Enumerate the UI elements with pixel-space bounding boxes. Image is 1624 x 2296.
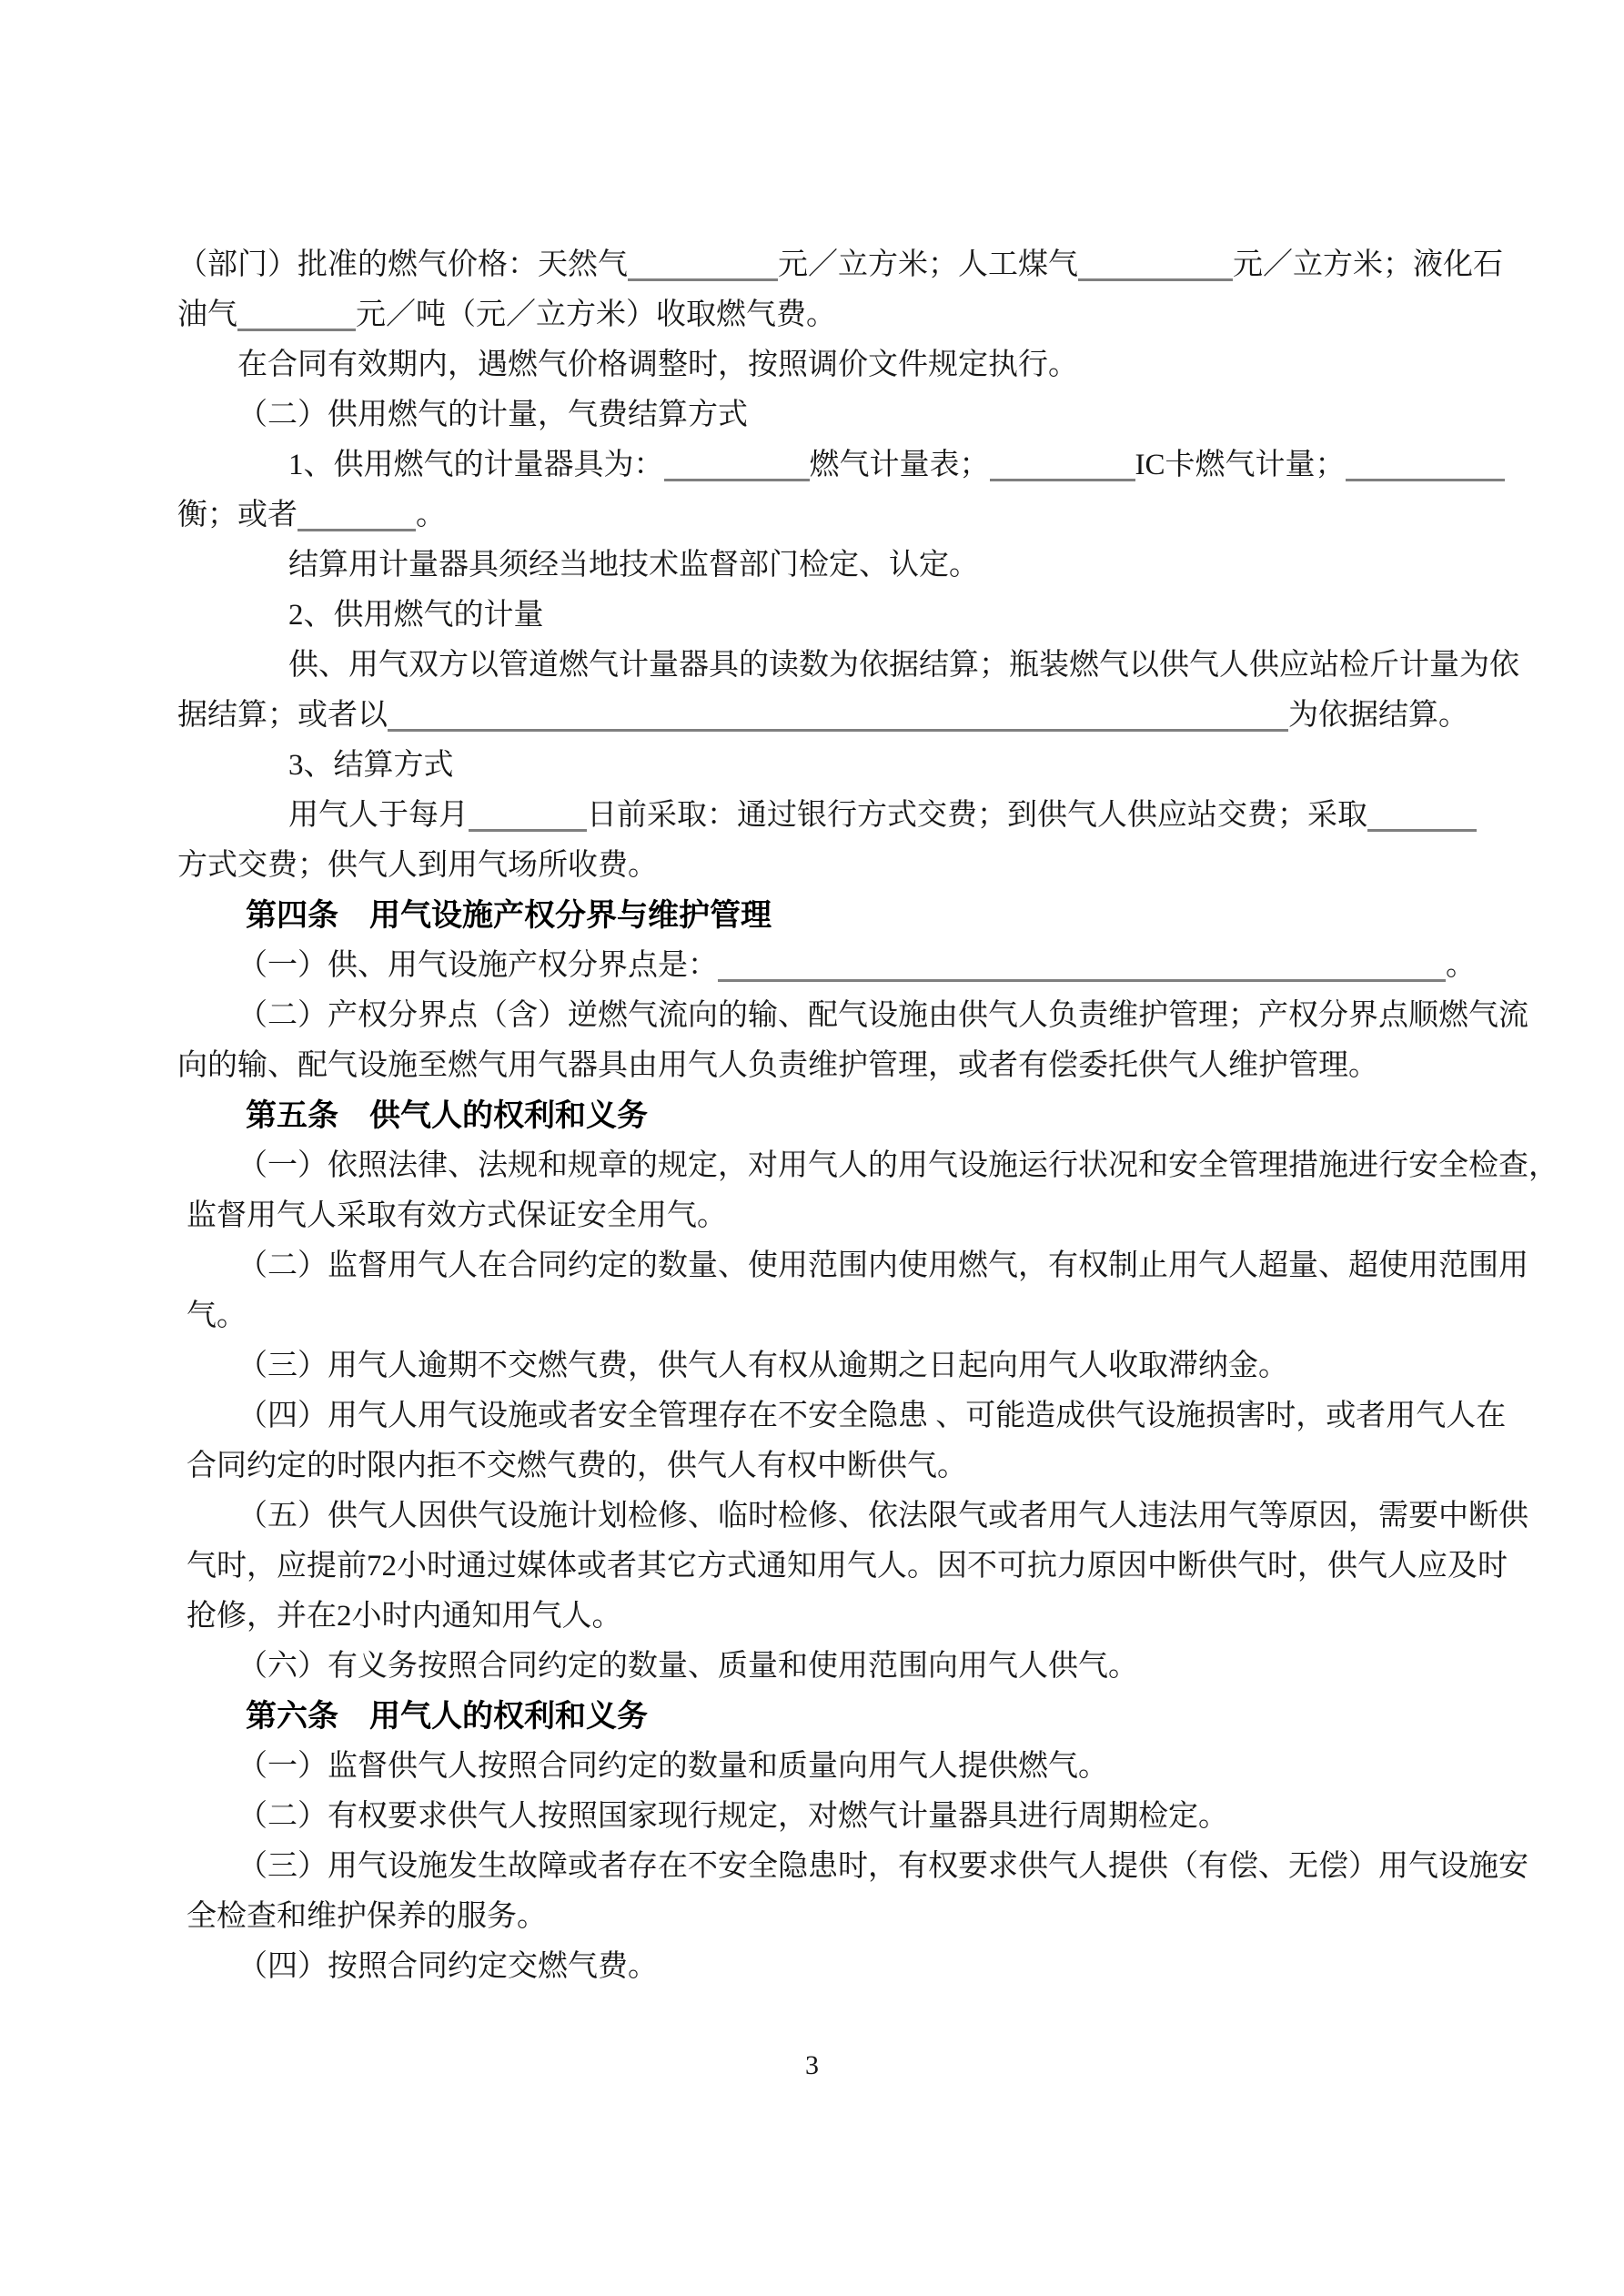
blank-underline: [237, 294, 356, 331]
line-settlement-method-cont: 方式交费；供气人到用气场所收费。: [177, 841, 1497, 891]
contract-page: （部门）批准的燃气价格：天然气元／立方米；人工煤气元／立方米；液化石油气元／吨（…: [0, 0, 1624, 2296]
line-a5-item3: （三）用气人逾期不交燃气费，供气人有权从逾期之日起向用气人收取滞纳金。: [177, 1341, 1497, 1391]
text-segment: 据结算；或者以: [177, 699, 388, 732]
line-a6-item3: （三）用气设施发生故障或者存在不安全隐患时，有权要求供气人提供（有偿、无偿）用气…: [177, 1842, 1497, 1892]
line-section2-title: （二）供用燃气的计量，气费结算方式: [177, 390, 1497, 440]
line-a4-item2-cont: 向的输、配气设施至燃气用气器具由用气人负责维护管理，或者有偿委托供气人维护管理。: [177, 1041, 1497, 1091]
text-segment: 元／立方米；人工煤气: [778, 248, 1078, 281]
text-segment: 第六条 用气人的权利和义务: [246, 1699, 648, 1734]
text-segment: 方式交费；供气人到用气场所收费。: [177, 849, 658, 882]
line-a6-item3-cont: 全检查和维护保养的服务。: [177, 1892, 1497, 1942]
text-segment: （二）有权要求供气人按照国家现行规定，对燃气计量器具进行周期检定。: [237, 1800, 1228, 1833]
text-segment: 元／立方米；液化石: [1233, 248, 1503, 281]
text-segment: IC卡燃气计量；: [1135, 449, 1346, 481]
text-segment: 用气人于每月: [288, 799, 469, 832]
page-number: 3: [0, 2040, 1624, 2090]
line-metering-basis: 供、用气双方以管道燃气计量器具的读数为依据结算；瓶装燃气以供气人供应站检斤计量为…: [177, 641, 1497, 691]
text-segment: 第四条 用气设施产权分界与维护管理: [246, 898, 772, 933]
line-metering-title: 2、供用燃气的计量: [177, 591, 1497, 641]
document-body: （部门）批准的燃气价格：天然气元／立方米；人工煤气元／立方米；液化石油气元／吨（…: [177, 240, 1497, 1992]
blank-underline: [990, 444, 1135, 481]
text-segment: （二）监督用气人在合同约定的数量、使用范围内使用燃气，有权制止用气人超量、超使用…: [237, 1249, 1528, 1282]
line-a5-item4: （四）用气人用气设施或者安全管理存在不安全隐患 、可能造成供气设施损害时，或者用…: [177, 1391, 1497, 1441]
line-a5-item6: （六）有义务按照合同约定的数量、质量和使用范围向用气人供气。: [177, 1642, 1497, 1692]
text-segment: 第五条 供气人的权利和义务: [246, 1098, 648, 1133]
text-segment: （部门）批准的燃气价格：天然气: [177, 248, 628, 281]
text-segment: （一）依照法律、法规和规章的规定，对用气人的用气设施运行状况和安全管理措施进行安…: [237, 1149, 1558, 1182]
blank-underline: [628, 244, 778, 281]
blank-underline: [1346, 444, 1505, 481]
text-segment: 供、用气双方以管道燃气计量器具的读数为依据结算；瓶装燃气以供气人供应站检斤计量为…: [288, 649, 1519, 682]
line-settlement-method: 用气人于每月日前采取：通过银行方式交费；到供气人供应站交费；采取: [177, 791, 1497, 841]
line-a5-item2: （二）监督用气人在合同约定的数量、使用范围内使用燃气，有权制止用气人超量、超使用…: [177, 1241, 1497, 1291]
text-segment: 元／吨（元／立方米）收取燃气费。: [356, 298, 836, 331]
line-a6-item4: （四）按照合同约定交燃气费。: [177, 1942, 1497, 1992]
blank-underline: [298, 494, 416, 531]
text-segment: 。: [1446, 949, 1476, 982]
text-segment: 。: [416, 499, 446, 531]
line-device-verification: 结算用计量器具须经当地技术监督部门检定、认定。: [177, 541, 1497, 591]
text-segment: （二）供用燃气的计量，气费结算方式: [237, 399, 748, 431]
text-segment: （三）用气设施发生故障或者存在不安全隐患时，有权要求供气人提供（有偿、无偿）用气…: [237, 1850, 1528, 1883]
text-segment: （五）供气人因供气设施计划检修、临时检修、依法限气或者用气人违法用气等原因，需要…: [237, 1500, 1528, 1532]
blank-underline: [388, 694, 1288, 732]
line-gas-price: （部门）批准的燃气价格：天然气元／立方米；人工煤气元／立方米；液化石: [177, 240, 1497, 290]
text-segment: 油气: [177, 298, 237, 331]
text-segment: 气时，应提前72小时通过媒体或者其它方式通知用气人。因不可抗力原因中断供气时，供…: [187, 1550, 1508, 1583]
line-a5-item5-cont2: 抢修，并在2小时内通知用气人。: [177, 1592, 1497, 1642]
line-a5-item1: （一）依照法律、法规和规章的规定，对用气人的用气设施运行状况和安全管理措施进行安…: [177, 1141, 1497, 1191]
text-segment: 3、结算方式: [288, 749, 454, 782]
line-a5-item1-cont: 监督用气人采取有效方式保证安全用气。: [177, 1191, 1497, 1241]
text-segment: 结算用计量器具须经当地技术监督部门检定、认定。: [288, 549, 979, 582]
text-segment: （二）产权分界点（含）逆燃气流向的输、配气设施由供气人负责维护管理；产权分界点顺…: [237, 999, 1528, 1032]
text-segment: 在合同有效期内，遇燃气价格调整时，按照调价文件规定执行。: [237, 349, 1078, 381]
text-segment: （三）用气人逾期不交燃气费，供气人有权从逾期之日起向用气人收取滞纳金。: [237, 1350, 1288, 1382]
text-segment: 气。: [187, 1300, 247, 1332]
blank-underline: [1078, 244, 1233, 281]
text-segment: （一）监督供气人按照合同约定的数量和质量向用气人提供燃气。: [237, 1750, 1108, 1783]
heading-article-6: 第六条 用气人的权利和义务: [177, 1692, 1497, 1742]
line-price-adjustment: 在合同有效期内，遇燃气价格调整时，按照调价文件规定执行。: [177, 340, 1497, 390]
line-metering-basis-cont: 据结算；或者以为依据结算。: [177, 691, 1497, 741]
text-segment: 合同约定的时限内拒不交燃气费的，供气人有权中断供气。: [187, 1450, 967, 1482]
line-a5-item5: （五）供气人因供气设施计划检修、临时检修、依法限气或者用气人违法用气等原因，需要…: [177, 1492, 1497, 1542]
text-segment: 向的输、配气设施至燃气用气器具由用气人负责维护管理，或者有偿委托供气人维护管理。: [177, 1049, 1378, 1082]
line-a6-item2: （二）有权要求供气人按照国家现行规定，对燃气计量器具进行周期检定。: [177, 1792, 1497, 1842]
text-segment: 2、供用燃气的计量: [288, 599, 544, 632]
text-segment: 抢修，并在2小时内通知用气人。: [187, 1600, 622, 1633]
text-segment: 1、供用燃气的计量器具为：: [288, 449, 664, 481]
text-segment: （六）有义务按照合同约定的数量、质量和使用范围向用气人供气。: [237, 1650, 1138, 1683]
heading-article-5: 第五条 供气人的权利和义务: [177, 1091, 1497, 1141]
line-a6-item1: （一）监督供气人按照合同约定的数量和质量向用气人提供燃气。: [177, 1742, 1497, 1792]
text-segment: 日前采取：通过银行方式交费；到供气人供应站交费；采取: [587, 799, 1367, 832]
line-a4-item2: （二）产权分界点（含）逆燃气流向的输、配气设施由供气人负责维护管理；产权分界点顺…: [177, 991, 1497, 1041]
text-segment: 衡；或者: [177, 499, 298, 531]
text-segment: （四）用气人用气设施或者安全管理存在不安全隐患 、可能造成供气设施损害时，或者用…: [237, 1400, 1506, 1432]
text-segment: 燃气计量表；: [810, 449, 990, 481]
line-a5-item5-cont1: 气时，应提前72小时通过媒体或者其它方式通知用气人。因不可抗力原因中断供气时，供…: [177, 1542, 1497, 1592]
text-segment: （一）供、用气设施产权分界点是：: [237, 949, 718, 982]
blank-underline: [718, 945, 1446, 982]
line-settlement-title: 3、结算方式: [177, 741, 1497, 791]
text-segment: 监督用气人采取有效方式保证安全用气。: [187, 1199, 727, 1232]
line-a4-item1: （一）供、用气设施产权分界点是：。: [177, 941, 1497, 991]
blank-underline: [469, 794, 587, 832]
line-gas-price-cont: 油气元／吨（元／立方米）收取燃气费。: [177, 290, 1497, 340]
text-segment: （四）按照合同约定交燃气费。: [237, 1950, 658, 1983]
text-segment: 全检查和维护保养的服务。: [187, 1900, 547, 1933]
line-a5-item4-cont: 合同约定的时限内拒不交燃气费的，供气人有权中断供气。: [177, 1441, 1497, 1492]
blank-underline: [664, 444, 810, 481]
line-metering-devices: 1、供用燃气的计量器具为：燃气计量表；IC卡燃气计量；: [177, 440, 1497, 491]
text-segment: 为依据结算。: [1288, 699, 1468, 732]
line-a5-item2-cont: 气。: [177, 1291, 1497, 1341]
blank-underline: [1367, 794, 1477, 832]
line-metering-devices-cont: 衡；或者。: [177, 491, 1497, 541]
heading-article-4: 第四条 用气设施产权分界与维护管理: [177, 891, 1497, 941]
